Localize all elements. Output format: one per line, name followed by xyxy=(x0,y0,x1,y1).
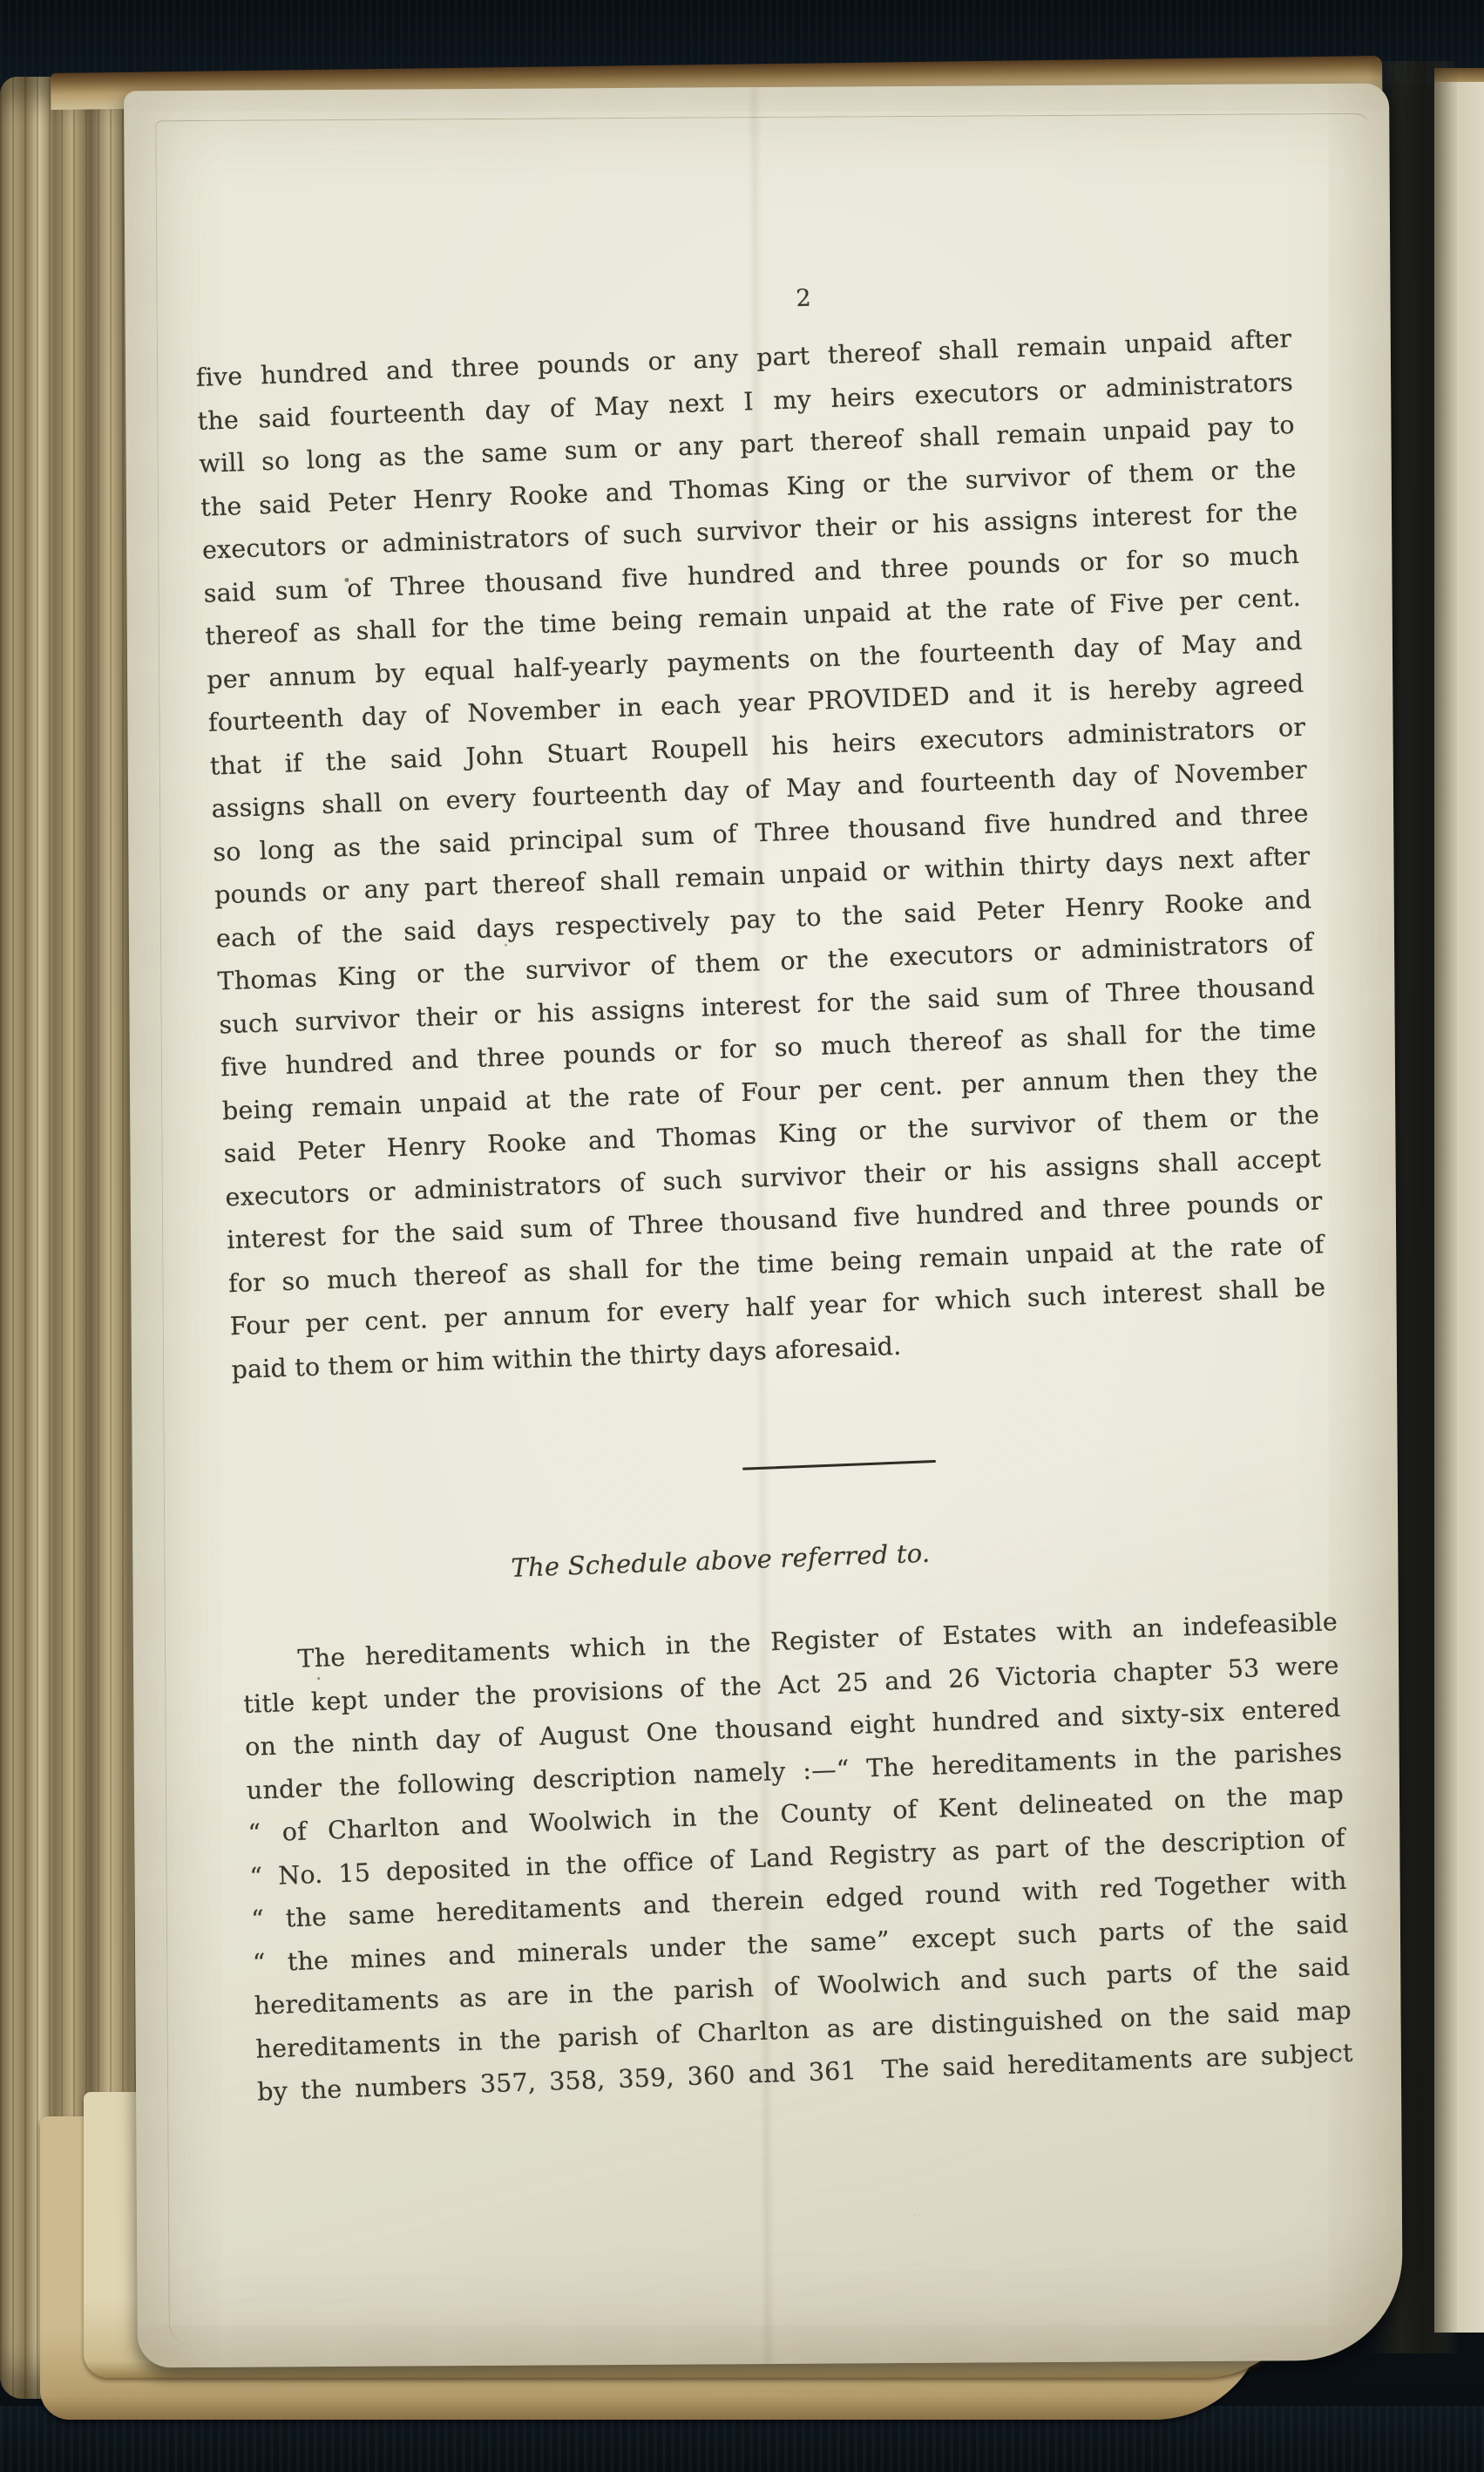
book-photograph: 2 five hundred and three pounds or any p… xyxy=(0,0,1484,2472)
section-divider xyxy=(742,1460,936,1470)
schedule-paragraph: The hereditaments which in the Register … xyxy=(241,1600,1354,2114)
schedule-heading: The Schedule above referred to. xyxy=(239,1524,1335,1593)
deed-paragraph: five hundred and three pounds or any par… xyxy=(195,317,1328,1391)
deed-text-block: 2 five hundred and three pounds or any p… xyxy=(193,268,1353,2114)
